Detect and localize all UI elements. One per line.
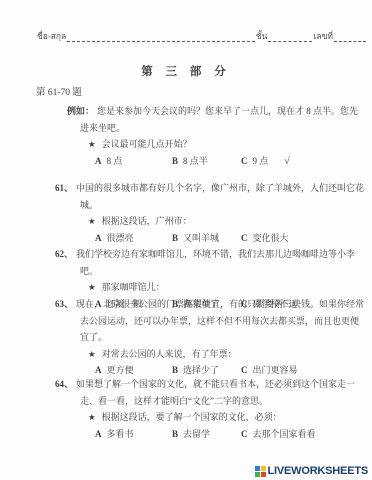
example-question-line: ★会议最可能几点开始？ (88, 136, 367, 153)
example-option-b[interactable]: B8 点半 (172, 153, 241, 170)
option-c[interactable]: C去那个国家看看 (241, 426, 316, 443)
example-passage: 例如：您是来参加今天会议的吗？您来早了一点儿，现在才 8 点半。您先进来坐吧。 (80, 103, 367, 136)
star-icon: ★ (88, 139, 96, 149)
question-61: 61、中国的很多城市都有好几个名字，像广州市，除了羊城外，人们还叫它花城。 ★根… (0, 180, 367, 246)
option-letter: A (95, 429, 102, 439)
section-title: 第 三 部 分 (0, 63, 372, 79)
liveworksheets-icon (255, 466, 266, 477)
option-text: 去那个国家看看 (253, 429, 316, 439)
example-block: 例如：您是来参加今天会议的吗？您来早了一点儿，现在才 8 点半。您先进来坐吧。 … (0, 103, 367, 170)
question-number: 64、 (55, 379, 73, 389)
question-number: 61、 (55, 183, 73, 193)
question-prompt-line: ★根据这段话，要了解一个国家的文化，必须： (88, 409, 367, 426)
class-blank-line[interactable] (268, 32, 312, 42)
example-options-row: A8 点 B8 点半 C9 点 √ (95, 153, 367, 171)
question-number: 63、 (55, 299, 73, 309)
option-letter: A (95, 156, 102, 166)
question-prompt-line: ★那家咖啡馆儿： (88, 279, 367, 296)
student-info-header: ชื่อ-สกุล ชั้น เลขที่ (36, 31, 366, 42)
checkmark-icon: √ (284, 154, 290, 171)
option-letter: C (241, 429, 248, 439)
number-label: เลขที่ (312, 31, 334, 42)
number-blank-line[interactable] (334, 32, 366, 42)
option-letter: B (172, 156, 178, 166)
option-letter: C (241, 233, 248, 243)
option-letter: C (241, 365, 248, 375)
option-text: 8 点半 (183, 156, 208, 166)
question-prompt: 根据这段话，广州市： (102, 216, 192, 226)
question-text: 现在，北京很多公园的门票都很便宜，有的只需要两三块钱。如果你经常去公园运动，还可… (76, 299, 364, 342)
class-label: ชั้น (255, 31, 269, 42)
question-passage: 63、现在，北京很多公园的门票都很便宜，有的只需要两三块钱。如果你经常去公园运动… (80, 296, 367, 346)
option-letter: B (172, 233, 178, 243)
name-blank-line[interactable] (67, 32, 255, 42)
option-a[interactable]: A很漂亮 (95, 230, 172, 247)
option-text: 很漂亮 (107, 233, 134, 243)
option-letter: B (172, 429, 178, 439)
star-icon: ★ (88, 282, 96, 292)
option-letter: C (241, 156, 248, 166)
example-option-c[interactable]: C9 点 (241, 153, 268, 170)
star-icon: ★ (88, 216, 96, 226)
option-text: 变化很大 (253, 233, 289, 243)
question-text: 如果想了解一个国家的文化，就不能只看书本，还必须到这个国家走一走、看一看，这样才… (76, 379, 355, 406)
question-range: 第 61-70 题 (36, 84, 82, 98)
question-prompt-line: ★根据这段话，广州市： (88, 213, 367, 230)
question-prompt: 对常去公园的人来说，有了年票： (102, 349, 237, 359)
example-prompt: 会议最可能几点开始？ (102, 139, 192, 149)
brand-text: LIVEWORKSHEETS (268, 465, 369, 477)
question-prompt: 那家咖啡馆儿： (102, 282, 165, 292)
option-text: 选择少了 (183, 365, 219, 375)
option-letter: A (95, 233, 102, 243)
question-passage: 64、如果想了解一个国家的文化，就不能只看书本，还必须到这个国家走一走、看一看，… (80, 376, 367, 409)
example-label: 例如： (67, 106, 94, 116)
worksheet-page: ชื่อ-สกุล ชั้น เลขที่ 第 三 部 分 第 61-70 题 … (0, 0, 372, 480)
option-letter: A (95, 365, 102, 375)
question-number: 62、 (55, 249, 73, 259)
question-63: 63、现在，北京很多公园的门票都很便宜，有的只需要两三块钱。如果你经常去公园运动… (0, 296, 367, 379)
option-a[interactable]: A多看书 (95, 426, 172, 443)
question-passage: 62、我们学校旁边有家咖啡馆儿，环境不错，我们去那儿边喝咖啡边等小李吧。 (80, 246, 367, 279)
option-c[interactable]: C变化很大 (241, 230, 289, 247)
options-row: A多看书 B去留学 C去那个国家看看 (95, 426, 367, 443)
question-64: 64、如果想了解一个国家的文化，就不能只看书本，还必须到这个国家走一走、看一看，… (0, 376, 367, 442)
option-b[interactable]: B去留学 (172, 426, 241, 443)
option-letter: B (172, 365, 178, 375)
option-text: 8 点 (107, 156, 123, 166)
question-text: 中国的很多城市都有好几个名字，像广州市，除了羊城外，人们还叫它花城。 (76, 183, 364, 210)
example-option-a[interactable]: A8 点 (95, 153, 172, 170)
option-text: 9 点 (253, 156, 269, 166)
option-text: 多看书 (107, 429, 134, 439)
question-passage: 61、中国的很多城市都有好几个名字，像广州市，除了羊城外，人们还叫它花城。 (80, 180, 367, 213)
star-icon: ★ (88, 349, 96, 359)
option-text: 出门更容易 (253, 365, 298, 375)
option-text: 去留学 (183, 429, 210, 439)
name-label: ชื่อ-สกุล (36, 31, 67, 42)
liveworksheets-logo[interactable]: LIVEWORKSHEETS (255, 465, 369, 477)
option-text: 又叫羊城 (183, 233, 219, 243)
question-text: 我们学校旁边有家咖啡馆儿，环境不错，我们去那儿边喝咖啡边等小李吧。 (76, 249, 355, 276)
option-text: 更方便 (107, 365, 134, 375)
question-prompt-line: ★对常去公园的人来说，有了年票： (88, 346, 367, 363)
question-prompt: 根据这段话，要了解一个国家的文化，必须： (102, 412, 282, 422)
option-b[interactable]: B又叫羊城 (172, 230, 241, 247)
star-icon: ★ (88, 412, 96, 422)
example-text: 您是来参加今天会议的吗？您来早了一点儿，现在才 8 点半。您先进来坐吧。 (80, 106, 358, 133)
options-row: A很漂亮 B又叫羊城 C变化很大 (95, 230, 367, 247)
